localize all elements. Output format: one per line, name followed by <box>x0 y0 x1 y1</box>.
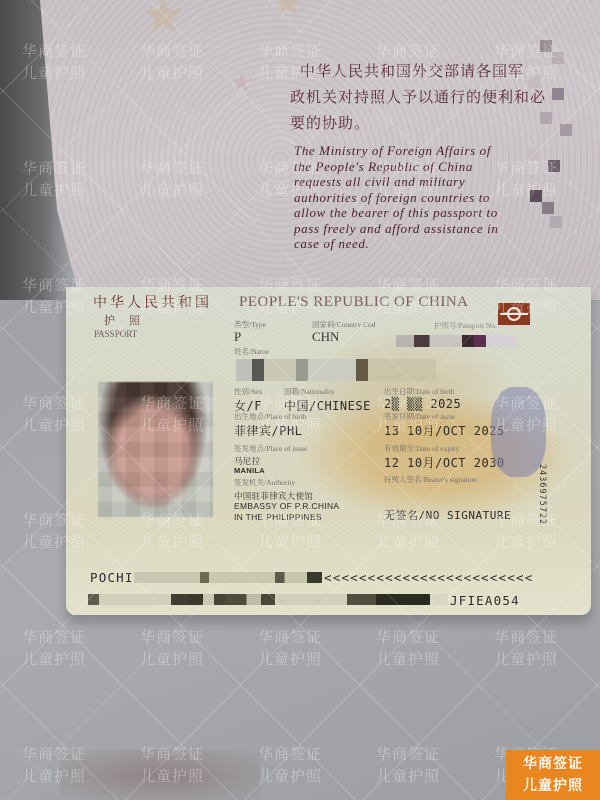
nationality-label: 国籍/Nationality <box>284 386 335 397</box>
star-icon: ★ <box>230 70 253 96</box>
star-icon: ★ <box>270 0 306 22</box>
name-label: 姓名/Name <box>234 346 269 357</box>
dob-label: 出生日期/Date of birth <box>384 386 454 397</box>
watermark-text: 华商签证儿童护照 <box>258 626 322 670</box>
vertical-serial-number: 2436975722 <box>537 464 547 525</box>
request-text-en: The Ministry of Foreign Affairs of the P… <box>294 143 534 252</box>
date-of-issue-value: 13 10月/OCT 2025 <box>384 422 505 439</box>
request-en-line: requests all civil and military <box>294 174 534 190</box>
passport-no-mosaic <box>396 335 516 347</box>
star-icon: ★ <box>140 0 187 42</box>
signature-value: 无签名/NO SIGNATURE <box>384 507 511 523</box>
header-country-cn: 中华人民共和国 <box>93 292 212 312</box>
passport-chip-icon <box>498 303 530 325</box>
date-of-expiry-label: 有效期至/Date of expiry <box>384 443 459 454</box>
dob-value: 2▒ ▒▒ 2025 <box>384 397 461 411</box>
background-shadow-bottom <box>60 750 260 800</box>
passport-no-label: 护照号/Passport No. <box>434 320 497 331</box>
header-country-en: PEOPLE'S REPUBLIC OF CHINA <box>239 294 468 311</box>
mrz-line2-end: JFIEA054 <box>450 593 520 608</box>
signature-label: 持照人签名/Bearer's signature <box>384 474 477 485</box>
mrz-line1-mosaic <box>134 572 322 583</box>
mrz-line1-name: POCHI <box>90 570 134 585</box>
type-value: P <box>234 329 241 345</box>
watermark-text: 华商签证儿童护照 <box>494 626 558 670</box>
badge-line1: 华商签证 <box>506 753 600 775</box>
watermark-text: 华商签证儿童护照 <box>258 743 322 787</box>
redaction-mosaic <box>520 40 570 230</box>
place-of-birth-value: 菲律宾/PHL <box>234 422 302 439</box>
holder-photo <box>98 382 213 517</box>
watermark-text: 华商签证儿童护照 <box>140 626 204 670</box>
date-of-issue-label: 签发日期/Date of issue <box>384 411 455 422</box>
request-en-line: case of need. <box>294 236 534 252</box>
request-en-line: allow the bearer of this passport to <box>294 205 534 221</box>
watermark-badge: 华商签证 儿童护照 <box>506 750 600 800</box>
watermark-text: 华商签证儿童护照 <box>22 626 86 670</box>
request-cn-line: 政机关对持照人予以通行的便利和必 <box>290 84 550 110</box>
country-code-value: CHN <box>312 329 339 345</box>
request-cn-line: 中华人民共和国外交部请各国军 <box>300 58 550 84</box>
place-of-birth-label: 出生地点/Place of birth <box>234 411 307 422</box>
authority-label: 签发机关/Authority <box>234 477 295 488</box>
request-en-line: pass freely and afford assistance in <box>294 221 534 237</box>
doc-title-cn: 护照 <box>104 312 154 328</box>
authority-en-line: IN THE PHILIPPINES <box>234 512 322 522</box>
place-of-issue-en: MANILA <box>234 466 265 475</box>
request-text-cn: 中华人民共和国外交部请各国军 政机关对持照人予以通行的便利和必 要的协助。 <box>300 58 550 136</box>
watermark-text: 华商签证儿童护照 <box>376 743 440 787</box>
authority-en-line: EMBASSY OF P.R.CHINA <box>234 501 339 511</box>
request-en-line: authorities of foreign countries to <box>294 190 534 206</box>
request-en-line: The Ministry of Foreign Affairs of <box>294 143 534 159</box>
doc-title-en: PASSPORT <box>94 329 137 339</box>
passport-data-page: 中华人民共和国 PEOPLE'S REPUBLIC OF CHINA 护照 PA… <box>66 287 591 615</box>
date-of-expiry-value: 12 10月/OCT 2030 <box>384 454 505 471</box>
mrz-line1-fill: <<<<<<<<<<<<<<<<<<<<<<<< <box>324 570 533 585</box>
request-en-line: the People's Republic of China <box>294 159 534 175</box>
watermark-text: 华商签证儿童护照 <box>376 626 440 670</box>
name-mosaic <box>236 359 436 381</box>
request-cn-line: 要的协助。 <box>290 110 550 136</box>
badge-line2: 儿童护照 <box>506 775 600 797</box>
place-of-issue-label: 签发地点/Place of issue <box>234 443 307 454</box>
sex-label: 性别/Sex <box>234 386 262 397</box>
mrz-line2-mosaic <box>88 594 448 605</box>
